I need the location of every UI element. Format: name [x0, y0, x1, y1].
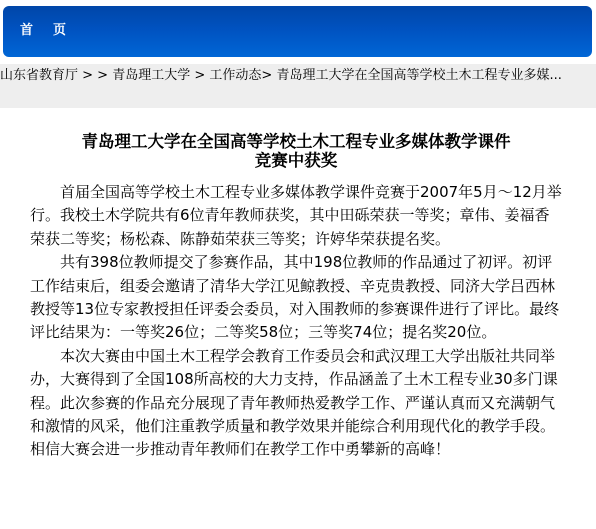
breadcrumb-current-page: 青岛理工大学在全国高等学校土木工程专业多媒...	[276, 68, 561, 83]
breadcrumb-separator: >	[261, 68, 276, 83]
article-body: 首届全国高等学校土木工程专业多媒体教学课件竞赛于2007年5月～12月举行。我校…	[30, 181, 562, 462]
breadcrumb: 山东省教育厅 > > 青岛理工大学 > 工作动态> 青岛理工大学在全国高等学校土…	[0, 64, 596, 108]
nav-item-home-label-b: 页	[53, 23, 66, 38]
top-nav-bar: 首页	[3, 6, 592, 57]
breadcrumb-link-shandong-education[interactable]: 山东省教育厅	[0, 68, 78, 83]
nav-item-home-label-a: 首	[20, 23, 33, 38]
breadcrumb-separator: >	[190, 68, 209, 83]
article-title: 青岛理工大学在全国高等学校土木工程专业多媒体教学课件 竞赛中获奖	[30, 132, 562, 170]
breadcrumb-separator: > >	[78, 68, 112, 83]
nav-item-home[interactable]: 首页	[20, 23, 66, 39]
article-paragraph: 共有398位教师提交了参赛作品，其中198位教师的作品通过了初评。初评工作结束后…	[30, 251, 562, 345]
article-title-line1: 青岛理工大学在全国高等学校土木工程专业多媒体教学课件	[82, 132, 511, 151]
article-paragraph: 本次大赛由中国土木工程学会教育工作委员会和武汉理工大学出版社共同举办，大赛得到了…	[30, 345, 562, 462]
article-paragraph: 首届全国高等学校土木工程专业多媒体教学课件竞赛于2007年5月～12月举行。我校…	[30, 181, 562, 251]
article-title-line2: 竞赛中获奖	[255, 151, 338, 170]
breadcrumb-link-work-news[interactable]: 工作动态	[209, 68, 261, 83]
breadcrumb-link-qingdao-tech[interactable]: 青岛理工大学	[112, 68, 190, 83]
